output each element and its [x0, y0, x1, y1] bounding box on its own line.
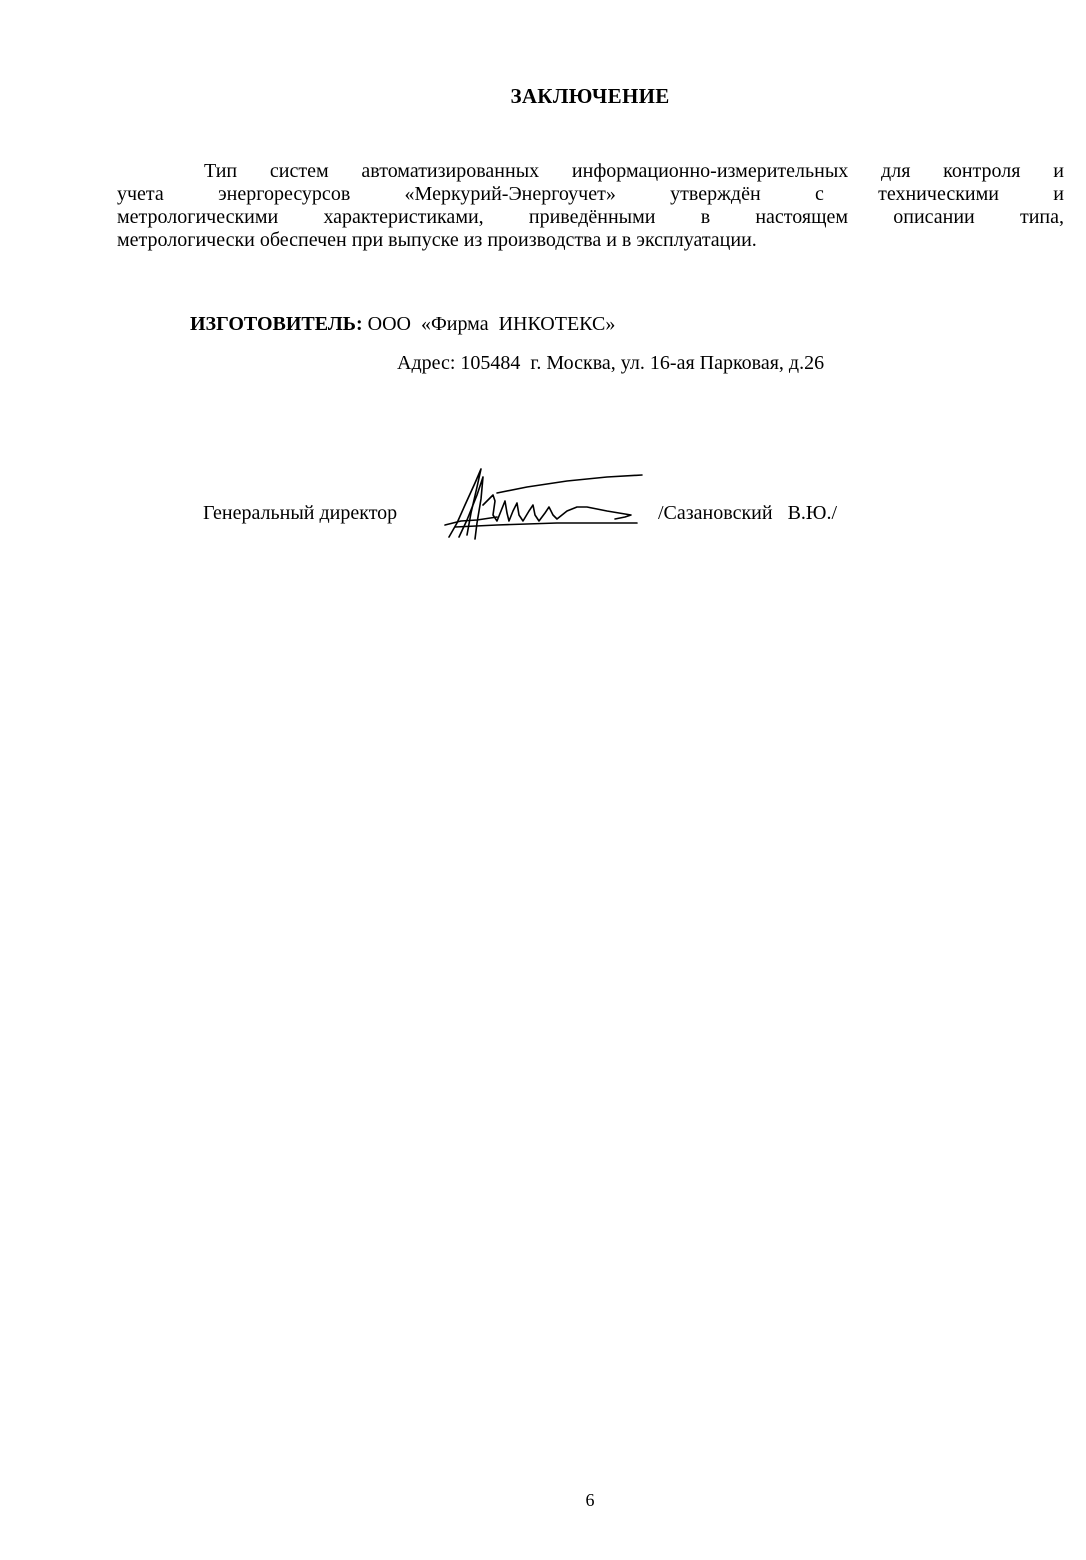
word: настоящем — [755, 206, 848, 229]
document-page: ЗАКЛЮЧЕНИЕ Тип систем автоматизированных… — [0, 0, 1086, 1560]
word: контроля — [943, 160, 1020, 183]
word: с — [815, 183, 824, 206]
word: для — [881, 160, 910, 183]
word: и — [1053, 183, 1064, 206]
document-title: ЗАКЛЮЧЕНИЕ — [0, 84, 1086, 109]
conclusion-paragraph: Тип систем автоматизированных информацио… — [117, 160, 1064, 252]
word: автоматизированных — [361, 160, 539, 183]
word: типа, — [1020, 206, 1064, 229]
word: энергоресурсов — [218, 183, 350, 206]
word: характеристиками, — [323, 206, 483, 229]
word: информационно-измерительных — [572, 160, 848, 183]
word: утверждён — [670, 183, 761, 206]
word: и — [1053, 160, 1064, 183]
word: систем — [270, 160, 329, 183]
manufacturer: ИЗГОТОВИТЕЛЬ: ООО «Фирма ИНКОТЕКС» — [190, 313, 615, 336]
word: метрологически обеспечен при выпуске из … — [117, 229, 757, 252]
paragraph-line-3: метрологическими характеристиками, приве… — [117, 206, 1064, 229]
signatory-name: /Сазановский В.Ю./ — [658, 502, 837, 525]
word: Тип — [204, 160, 237, 183]
word: «Меркурий-Энергоучет» — [405, 183, 616, 206]
manufacturer-name: ООО «Фирма ИНКОТЕКС» — [368, 313, 616, 335]
word: учета — [117, 183, 164, 206]
paragraph-line-2: учета энергоресурсов «Меркурий-Энергоуче… — [117, 183, 1064, 206]
signatory-position: Генеральный директор — [203, 502, 397, 525]
manufacturer-label: ИЗГОТОВИТЕЛЬ: — [190, 313, 363, 335]
word: в — [701, 206, 710, 229]
manufacturer-address: Адрес: 105484 г. Москва, ул. 16-ая Парко… — [397, 352, 824, 375]
page-number: 6 — [0, 1490, 1086, 1511]
word: описании — [893, 206, 975, 229]
paragraph-line-1: Тип систем автоматизированных информацио… — [117, 160, 1064, 183]
word: метрологическими — [117, 206, 278, 229]
word: приведёнными — [529, 206, 656, 229]
signature-image — [437, 465, 647, 545]
paragraph-line-4: метрологически обеспечен при выпуске из … — [117, 229, 1064, 252]
word: техническими — [878, 183, 999, 206]
